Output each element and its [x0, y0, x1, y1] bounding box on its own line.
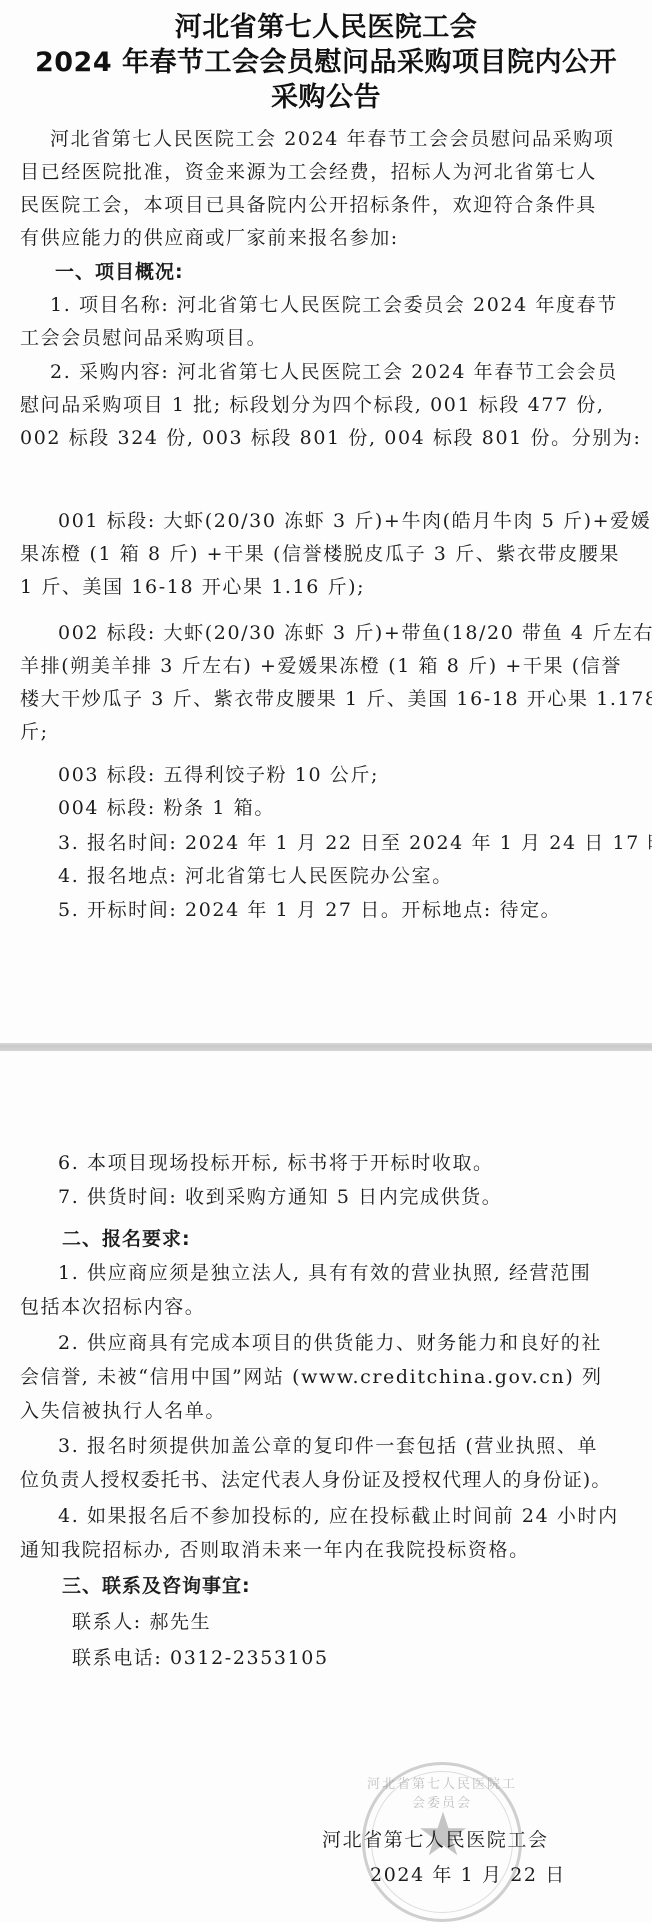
item-procurement-content: 002 标段 324 份, 003 标段 801 份, 004 标段 801 份…	[20, 425, 642, 451]
section-heading-requirements: 二、报名要求:	[62, 1226, 191, 1252]
requirement-1: 1. 供应商应须是独立法人, 具有有效的营业执照, 经营范围	[58, 1260, 591, 1286]
item-delivery-time: 7. 供货时间: 收到采购方通知 5 日内完成供货。	[58, 1184, 502, 1210]
lot-001: 果冻橙 (1 箱 8 斤) +干果 (信誉楼脱皮瓜子 3 斤、紫衣带皮腰果	[20, 541, 620, 567]
contact-person: 联系人: 郝先生	[72, 1609, 211, 1635]
lot-002: 楼大干炒瓜子 3 斤、紫衣带皮腰果 1 斤、美国 16-18 开心果 1.178	[20, 686, 652, 712]
requirement-4: 通知我院招标办, 否则取消未来一年内在我院投标资格。	[20, 1537, 530, 1563]
requirement-4: 4. 如果报名后不参加投标的, 应在投标截止时间前 24 小时内	[58, 1503, 619, 1529]
section-heading-overview: 一、项目概况:	[55, 259, 184, 285]
requirement-3: 3. 报名时须提供加盖公章的复印件一套包括 (营业执照、单	[58, 1433, 598, 1459]
document-page-1: 河北省第七人民医院工会 2024 年春节工会会员慰问品采购项目院内公开 采购公告…	[0, 0, 652, 1043]
requirement-1: 包括本次招标内容。	[20, 1294, 205, 1320]
lot-004: 004 标段: 粉条 1 箱。	[58, 795, 275, 821]
requirement-2: 2. 供应商具有完成本项目的供货能力、财务能力和良好的社	[58, 1330, 602, 1356]
lot-002: 羊排(朔美羊排 3 斤左右) +爱媛果冻橙 (1 箱 8 斤) +干果 (信誉	[20, 653, 622, 679]
requirement-3: 位负责人授权委托书、法定代表人身份证及授权代理人的身份证)。	[20, 1467, 611, 1493]
item-on-site-bidding: 6. 本项目现场投标开标, 标书将于开标时收取。	[58, 1150, 494, 1176]
page-separator	[0, 1043, 652, 1051]
lot-003: 003 标段: 五得利饺子粉 10 公斤;	[58, 762, 379, 788]
item-registration-place: 4. 报名地点: 河北省第七人民医院办公室。	[58, 863, 453, 889]
title-line-3: 采购公告	[0, 80, 652, 116]
section-heading-contact: 三、联系及咨询事宜:	[62, 1573, 251, 1599]
intro-line: 目已经医院批准，资金来源为工会经费，招标人为河北省第七人	[20, 159, 597, 185]
lot-001: 001 标段: 大虾(20/30 冻虾 3 斤)+牛肉(皓月牛肉 5 斤)+爱媛	[58, 508, 651, 534]
item-procurement-content: 2. 采购内容: 河北省第七人民医院工会 2024 年春节工会会员	[50, 359, 618, 385]
intro-line: 河北省第七人民医院工会 2024 年春节工会会员慰问品采购项	[50, 126, 614, 152]
contact-phone: 联系电话: 0312-2353105	[72, 1645, 329, 1671]
requirement-2: 会信誉, 未被“信用中国”网站 (www.creditchina.gov.cn)…	[20, 1364, 603, 1390]
title-line-1: 河北省第七人民医院工会	[0, 10, 652, 46]
item-bid-opening: 5. 开标时间: 2024 年 1 月 27 日。开标地点: 待定。	[58, 897, 561, 923]
signature-organization: 河北省第七人民医院工会	[322, 1825, 549, 1852]
lot-001: 1 斤、美国 16-18 开心果 1.16 斤);	[20, 574, 365, 600]
lot-002: 斤;	[20, 719, 49, 745]
item-project-name: 1. 项目名称: 河北省第七人民医院工会委员会 2024 年度春节	[50, 292, 618, 318]
intro-line: 有供应能力的供应商或厂家前来报名参加:	[20, 225, 399, 251]
item-registration-time: 3. 报名时间: 2024 年 1 月 22 日至 2024 年 1 月 24 …	[58, 830, 652, 856]
requirement-2: 入失信被执行人名单。	[20, 1398, 226, 1424]
intro-line: 民医院工会，本项目已具备院内公开招标条件，欢迎符合条件具	[20, 192, 597, 218]
lot-002: 002 标段: 大虾(20/30 冻虾 3 斤)+带鱼(18/20 带鱼 4 斤…	[58, 620, 652, 646]
item-project-name: 工会会员慰问品采购项目。	[20, 325, 267, 351]
title-line-2: 2024 年春节工会会员慰问品采购项目院内公开	[0, 45, 652, 81]
item-procurement-content: 慰问品采购项目 1 批; 标段划分为四个标段, 001 标段 477 份,	[20, 392, 605, 418]
signature-date: 2024 年 1 月 22 日	[370, 1860, 566, 1887]
